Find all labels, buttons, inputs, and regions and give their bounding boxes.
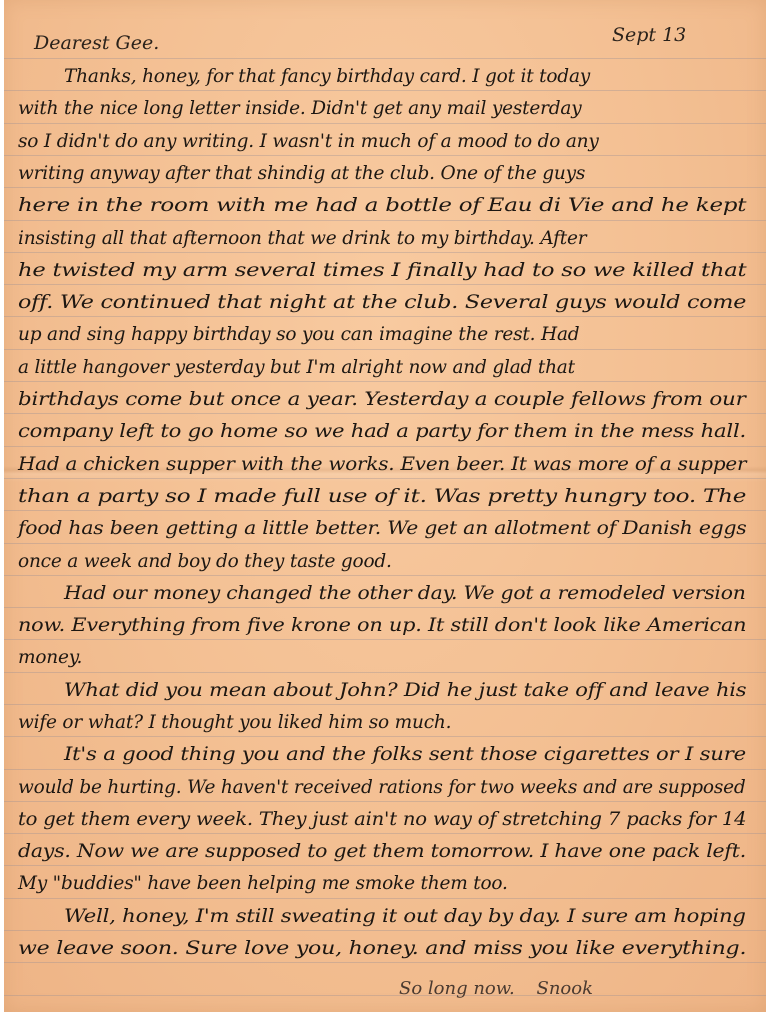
rule-line [4, 898, 766, 899]
letter-line: birthdays come but once a year. Yesterda… [18, 389, 746, 410]
rule-line [4, 639, 766, 640]
rule-line [4, 478, 766, 479]
closing-phrase: So long now. [399, 978, 515, 999]
letter-line: we leave soon. Sure love you, honey. and… [18, 938, 746, 959]
rule-line [4, 187, 766, 188]
letter-line: Had our money changed the other day. We … [64, 583, 746, 604]
letter-line: here in the room with me had a bottle of… [18, 195, 746, 216]
rule-line [4, 575, 766, 576]
letter-line: off. We continued that night at the club… [18, 292, 746, 313]
rule-line [4, 284, 766, 285]
letter-page: Dearest Gee. Sept 13 Thanks, honey, for … [4, 0, 766, 1012]
rule-line [4, 607, 766, 608]
rule-line [4, 510, 766, 511]
rule-line [4, 930, 766, 931]
letter-line: with the nice long letter inside. Didn't… [18, 98, 582, 119]
letter-line: food has been getting a little better. W… [18, 518, 746, 539]
rule-line [4, 252, 766, 253]
rule-line [4, 865, 766, 866]
letter-line: than a party so I made full use of it. W… [18, 486, 746, 507]
letter-line: days. Now we are supposed to get them to… [18, 841, 746, 862]
rule-line [4, 155, 766, 156]
rule-line [4, 446, 766, 447]
letter-line: up and sing happy birthday so you can im… [18, 324, 579, 345]
rule-line [4, 962, 766, 963]
rule-line [4, 736, 766, 737]
letter-line: to get them every week. They just ain't … [18, 809, 746, 830]
rule-line [4, 349, 766, 350]
rule-line [4, 995, 766, 996]
signature: Snook [536, 978, 593, 999]
rule-line [4, 58, 766, 59]
rule-line [4, 123, 766, 124]
letter-line: Had a chicken supper with the works. Eve… [18, 454, 746, 475]
letter-line: insisting all that afternoon that we dri… [18, 228, 586, 249]
closing-block: So long now. Snook [399, 978, 609, 999]
letter-line: once a week and boy do they taste good. [18, 551, 392, 572]
rule-line [4, 833, 766, 834]
letter-line: so I didn't do any writing. I wasn't in … [18, 131, 599, 152]
letter-line: he twisted my arm several times I finall… [18, 260, 746, 281]
rule-line [4, 543, 766, 544]
rule-line [4, 381, 766, 382]
letter-line: money. [18, 647, 82, 668]
rule-line [4, 704, 766, 705]
salutation: Dearest Gee. [34, 32, 159, 54]
letter-line: Thanks, honey, for that fancy birthday c… [64, 66, 590, 87]
rule-line [4, 672, 766, 673]
letter-line: What did you mean about John? Did he jus… [64, 680, 746, 701]
rule-line [4, 90, 766, 91]
rule-line [4, 220, 766, 221]
rule-line [4, 801, 766, 802]
rule-line [4, 413, 766, 414]
letter-date: Sept 13 [612, 24, 686, 46]
letter-line: My "buddies" have been helping me smoke … [18, 873, 508, 894]
letter-line: wife or what? I thought you liked him so… [18, 712, 451, 733]
letter-line: company left to go home so we had a part… [18, 421, 746, 442]
letter-line: writing anyway after that shindig at the… [18, 163, 585, 184]
letter-line: would be hurting. We haven't received ra… [18, 777, 746, 798]
letter-line: Well, honey, I'm still sweating it out d… [64, 906, 746, 927]
letter-line: now. Everything from five krone on up. I… [18, 615, 746, 636]
letter-line: It's a good thing you and the folks sent… [64, 744, 746, 765]
rule-line [4, 769, 766, 770]
rule-line [4, 316, 766, 317]
letter-line: a little hangover yesterday but I'm alri… [18, 357, 575, 378]
